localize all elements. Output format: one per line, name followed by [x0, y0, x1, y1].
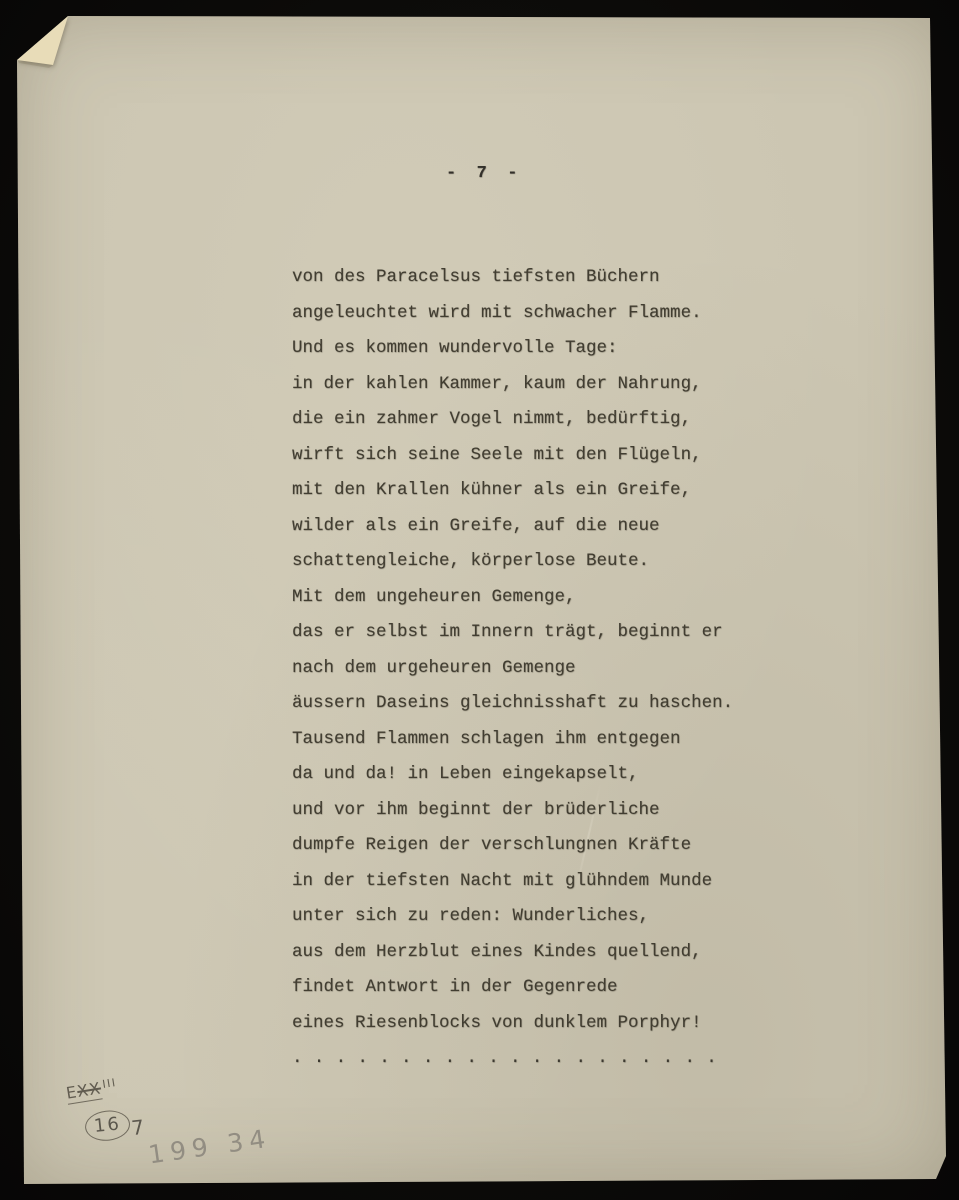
pencil-inventory-number: 199 34 — [147, 1124, 273, 1170]
folded-corner-flap — [17, 16, 68, 65]
poem-line: mit den Krallen kühner als ein Greife, — [292, 473, 733, 509]
manuscript-page: - 7 - von des Paracelsus tiefsten Bücher… — [15, 14, 947, 1187]
poem-line: Tausend Flammen schlagen ihm entgegen — [292, 722, 733, 758]
circled-number: 16 — [84, 1108, 132, 1143]
poem-line: schattengleiche, körperlose Beute. — [292, 544, 733, 580]
poem-line: unter sich zu reden: Wunderliches, — [292, 899, 733, 935]
pencil-mark-roman-suffix: III — [101, 1076, 117, 1091]
poem-line: wirft sich seine Seele mit den Flügeln, — [292, 438, 733, 474]
pencil-mark-circled: 167 — [84, 1107, 144, 1143]
pencil-mark-crossed-out: EXXIII — [65, 1076, 117, 1102]
circled-number-suffix: 7 — [130, 1115, 145, 1140]
poem-line: in der tiefsten Nacht mit glühndem Munde — [292, 864, 733, 900]
poem-line: angeleuchtet wird mit schwacher Flamme. — [292, 296, 733, 332]
ellipsis-row: . . . . . . . . . . . . . . . . . . . . — [292, 1041, 733, 1077]
poem-line: Und es kommen wundervolle Tage: — [292, 331, 733, 367]
poem-line: nach dem urgeheuren Gemenge — [292, 651, 733, 687]
folded-corner-icon — [15, 14, 85, 84]
pencil-mark-struck-text: XX — [76, 1078, 103, 1101]
poem-line: äussern Daseins gleichnisshaft zu hasche… — [292, 686, 733, 722]
poem-line: und vor ihm beginnt der brüderliche — [292, 793, 733, 829]
poem-line: aus dem Herzblut eines Kindes quellend, — [292, 935, 733, 971]
poem-line: findet Antwort in der Gegenrede — [292, 970, 733, 1006]
poem-line: dumpfe Reigen der verschlungnen Kräfte — [292, 828, 733, 864]
poem-line: von des Paracelsus tiefsten Büchern — [292, 260, 733, 296]
pencil-mark-scratched-group: EXX — [65, 1078, 103, 1104]
poem-line: in der kahlen Kammer, kaum der Nahrung, — [292, 367, 733, 403]
poem-line: wilder als ein Greife, auf die neue — [292, 509, 733, 545]
poem-text: von des Paracelsus tiefsten Büchern ange… — [292, 260, 733, 1077]
poem-line: eines Riesenblocks von dunklem Porphyr! — [292, 1006, 733, 1042]
poem-line: Mit dem ungeheuren Gemenge, — [292, 580, 733, 616]
poem-line: das er selbst im Innern trägt, beginnt e… — [292, 615, 733, 651]
poem-line: da und da! in Leben eingekapselt, — [292, 757, 733, 793]
poem-line: die ein zahmer Vogel nimmt, bedürftig, — [292, 402, 733, 438]
scanner-background: - 7 - von des Paracelsus tiefsten Bücher… — [0, 0, 959, 1200]
page-number: - 7 - — [446, 164, 517, 183]
